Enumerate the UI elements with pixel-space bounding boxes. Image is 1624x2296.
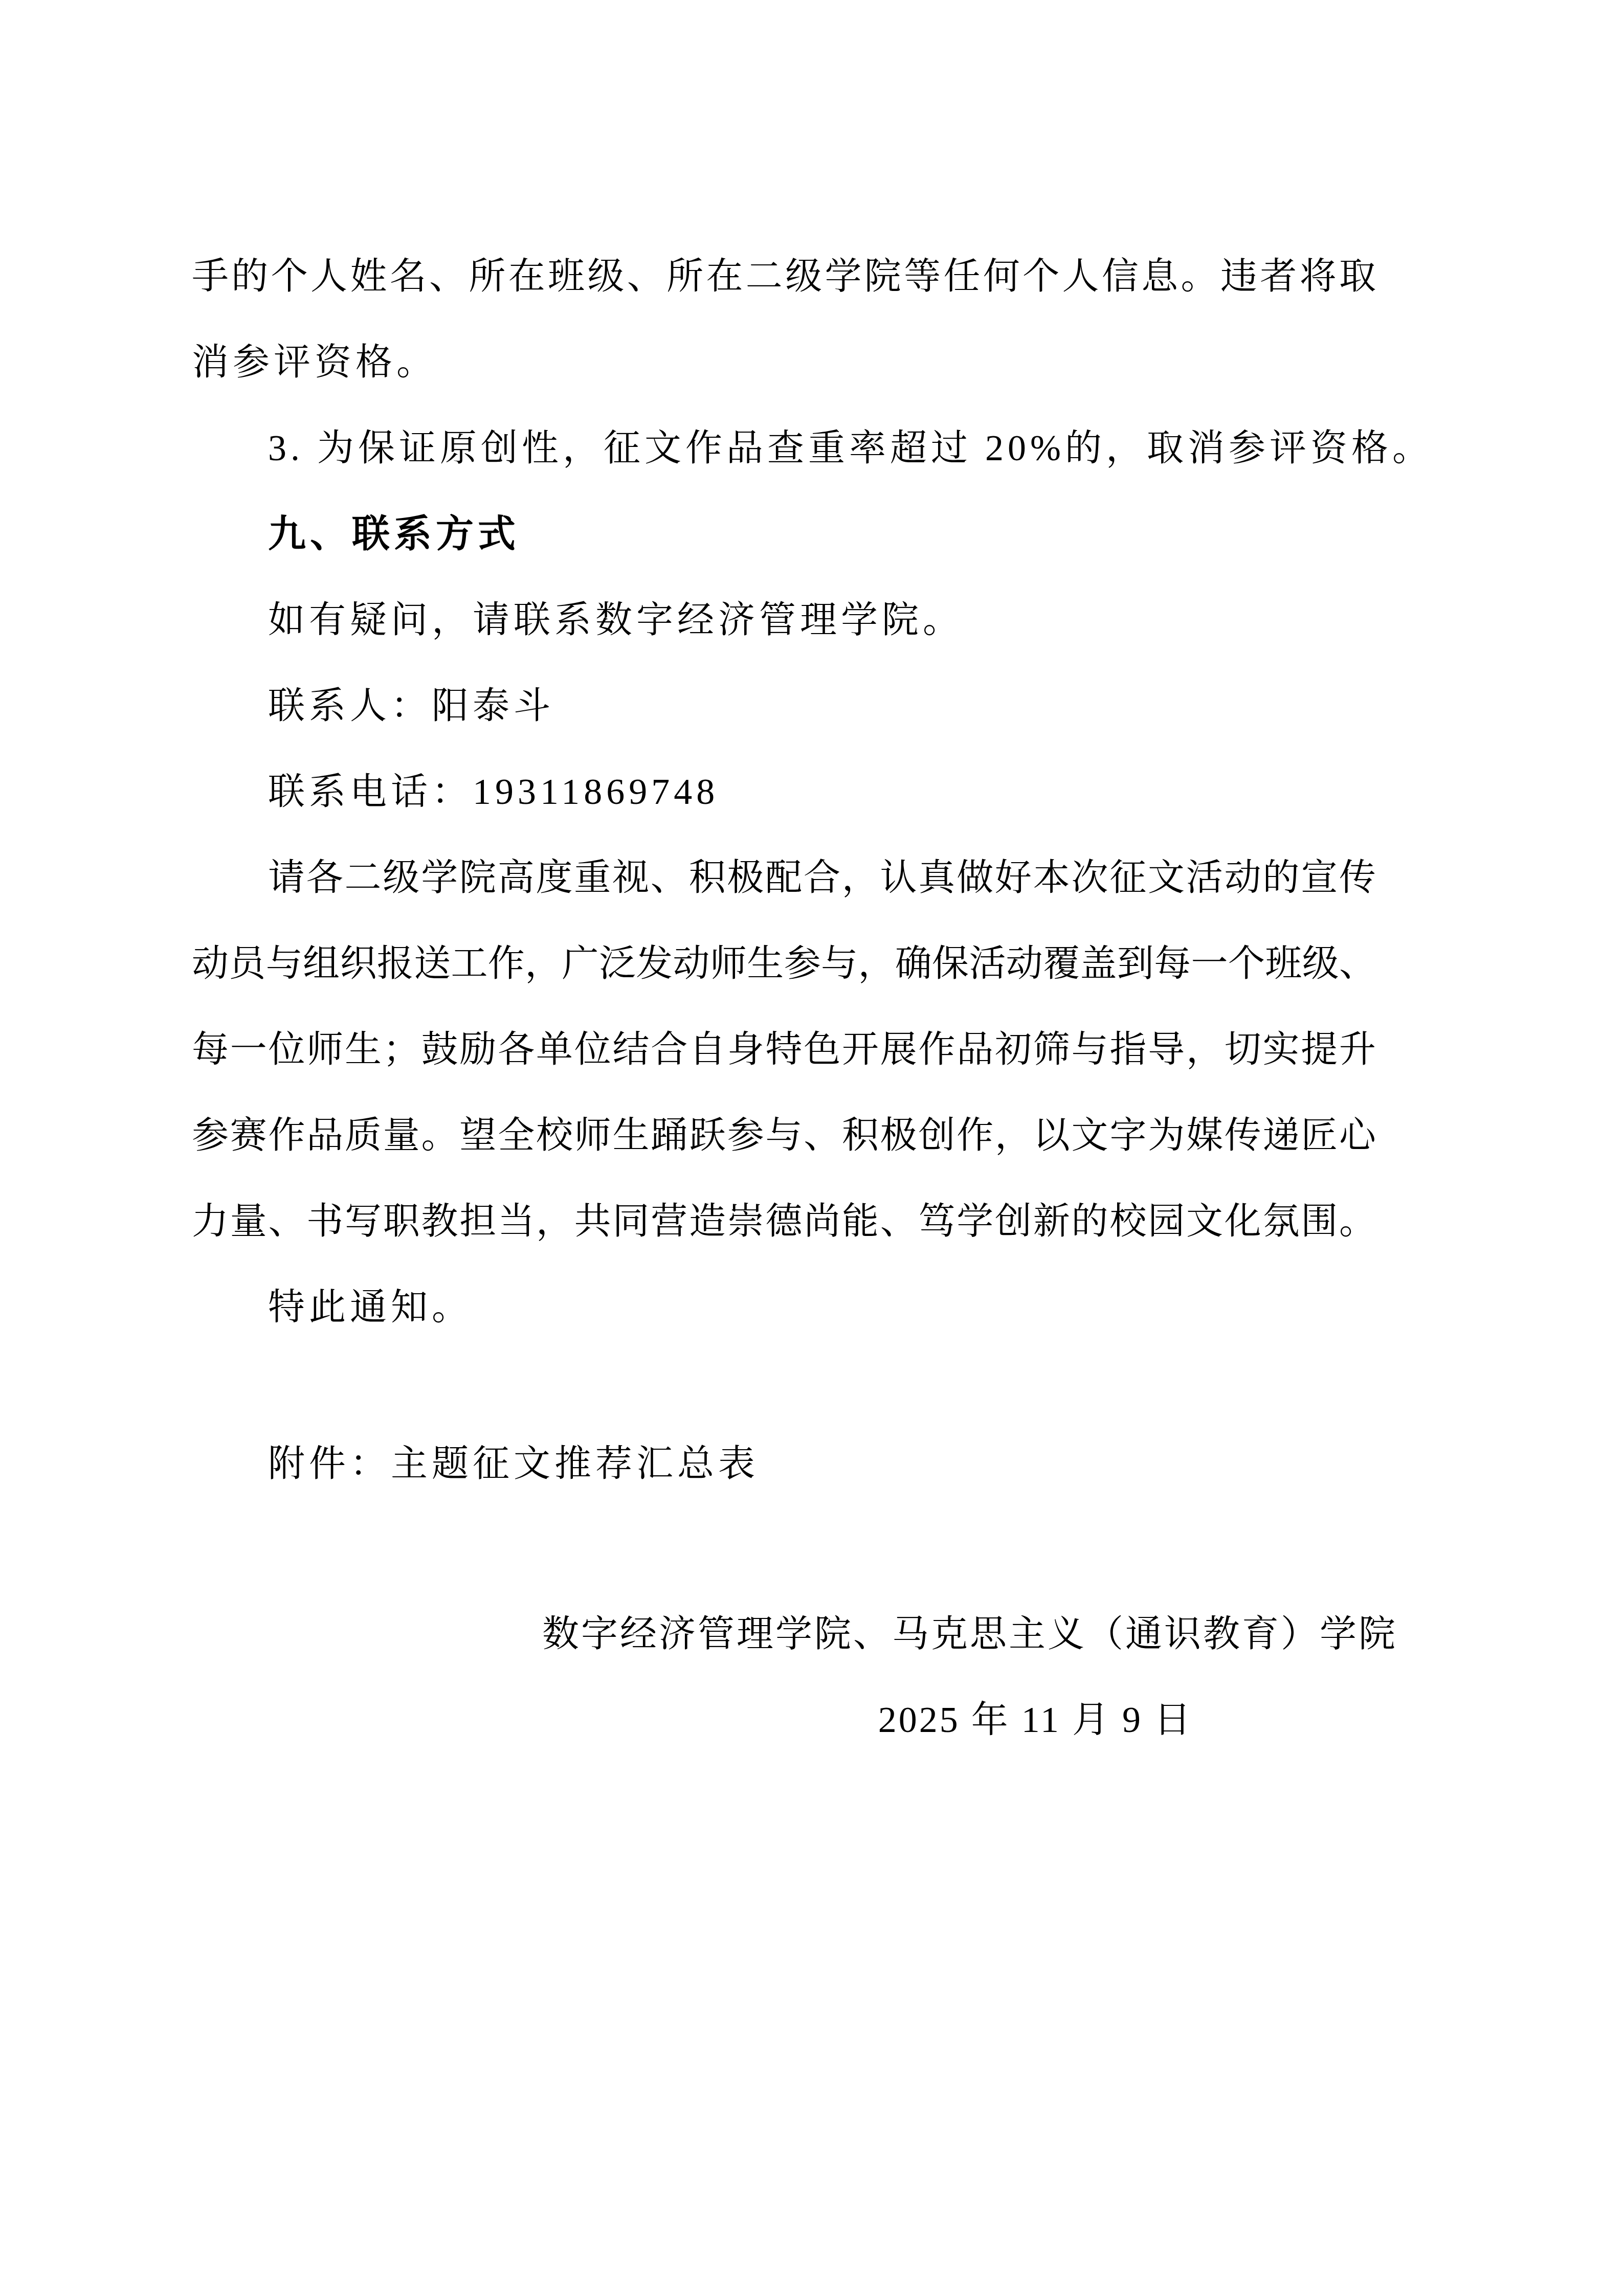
text-line: 联系人：阳泰斗 bbox=[192, 663, 1376, 749]
text-line: 联系电话：19311869748 bbox=[192, 749, 1376, 835]
spacer bbox=[192, 1506, 1376, 1591]
section-heading-line: 九、联系方式 bbox=[192, 491, 1376, 577]
text-line: 参赛作品质量。望全校师生踊跃参与、积极创作，以文字为媒传递匠心 bbox=[192, 1092, 1376, 1178]
document-body: 手的个人姓名、所在班级、所在二级学院等任何个人信息。违者将取消参评资格。3. 为… bbox=[0, 233, 1624, 1763]
text-line: 附件：主题征文推荐汇总表 bbox=[192, 1421, 1376, 1506]
text-line: 消参评资格。 bbox=[192, 319, 1376, 405]
document-page: 手的个人姓名、所在班级、所在二级学院等任何个人信息。违者将取消参评资格。3. 为… bbox=[0, 0, 1624, 2296]
text-line: 每一位师生；鼓励各单位结合自身特色开展作品初筛与指导，切实提升 bbox=[192, 1006, 1376, 1092]
text-line: 手的个人姓名、所在班级、所在二级学院等任何个人信息。违者将取 bbox=[192, 233, 1376, 319]
text-line: 力量、书写职教担当，共同营造崇德尚能、笃学创新的校园文化氛围。 bbox=[192, 1178, 1376, 1264]
text-line: 3. 为保证原创性，征文作品查重率超过 20%的，取消参评资格。 bbox=[192, 405, 1376, 491]
text-line: 请各二级学院高度重视、积极配合，认真做好本次征文活动的宣传 bbox=[192, 835, 1376, 920]
date-line: 2025 年 11 月 9 日 bbox=[9, 1677, 1193, 1763]
spacer bbox=[192, 1350, 1376, 1421]
text-line: 如有疑问，请联系数字经济管理学院。 bbox=[192, 577, 1376, 663]
signature-line: 数字经济管理学院、马克思主义（通识教育）学院 bbox=[213, 1591, 1397, 1677]
text-line: 动员与组织报送工作，广泛发动师生参与，确保活动覆盖到每一个班级、 bbox=[192, 920, 1376, 1006]
text-line: 特此通知。 bbox=[192, 1264, 1376, 1350]
